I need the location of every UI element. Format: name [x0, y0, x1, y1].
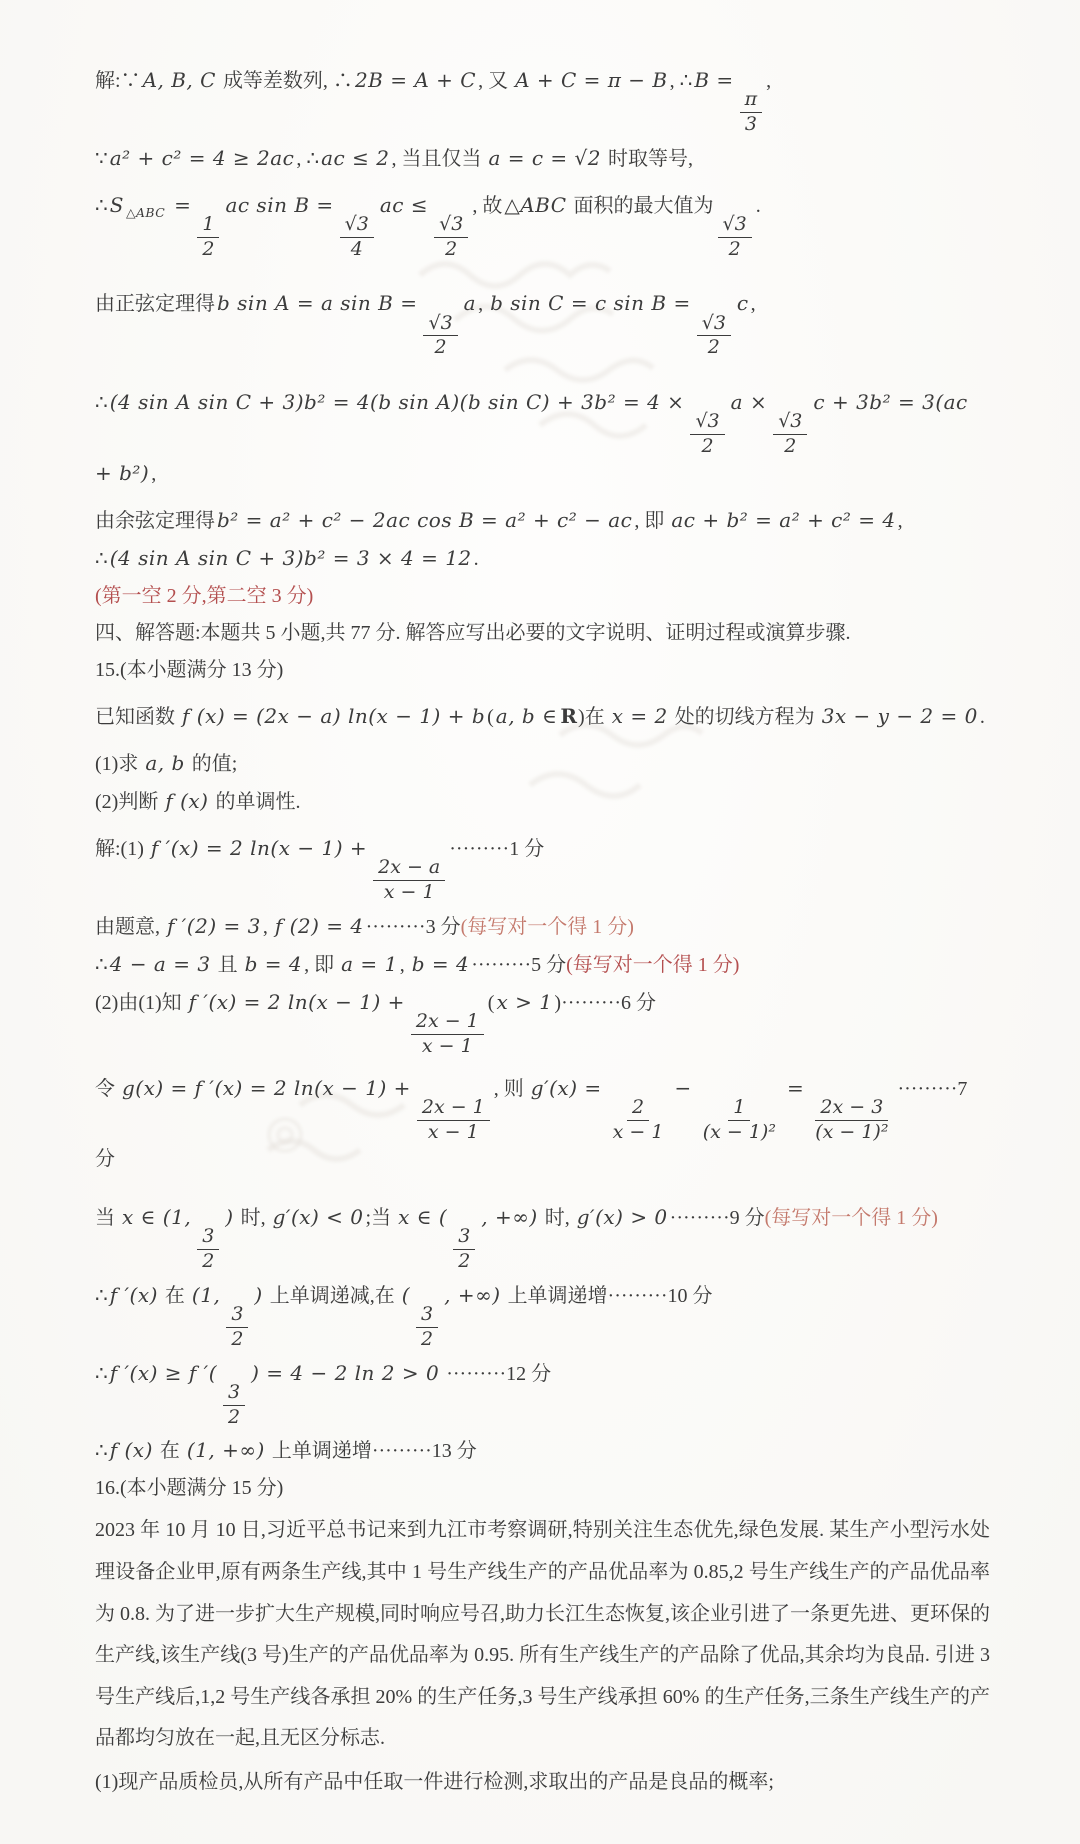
text-run: 由余弦定理得 [95, 510, 215, 532]
text-run: , [478, 293, 488, 315]
fraction-numerator: √3 [340, 214, 374, 238]
fraction-denominator: 2 [724, 238, 746, 261]
fraction-numerator: 3 [453, 1226, 475, 1250]
grading-note: (每写对一个得 1 分) [461, 916, 634, 938]
fraction: √32 [423, 313, 457, 360]
math-expression: a, b [143, 751, 186, 775]
text-run: 当 [95, 1207, 120, 1229]
text-run: )·········6 分 [554, 992, 656, 1014]
math-expression: ac ≤ [378, 193, 430, 217]
fraction: √32 [434, 214, 468, 261]
q16-heading: 16.(本小题满分 15 分) [95, 1473, 990, 1503]
text-run: ∴ [95, 954, 108, 976]
text-run: 15.(本小题满分 13 分) [95, 659, 283, 681]
math-expression: ) [223, 1205, 235, 1229]
fraction-numerator: π [740, 89, 763, 113]
text-run: 上单调递增·········13 分 [267, 1440, 477, 1462]
fraction-denominator: (x − 1)² [698, 1121, 781, 1144]
fraction: 2x − 1 [608, 1097, 669, 1144]
text-run: , 故 [472, 195, 502, 217]
math-expression: b sin A = a sin B = [215, 291, 419, 315]
text-run: 解:(1) [95, 838, 149, 860]
math-expression: a [462, 291, 478, 315]
q16-part-1: (1)现产品质检员,从所有产品中任取一件进行检测,求取出的产品是良品的概率; [95, 1767, 990, 1797]
fraction-denominator: 2 [779, 435, 801, 458]
fraction-numerator: √3 [690, 411, 724, 435]
fraction-denominator: 2 [697, 435, 719, 458]
text-run: ∴ [95, 548, 108, 570]
math-expression: b = 4 [243, 952, 305, 976]
fraction-denominator: 2 [703, 336, 725, 359]
fraction: √32 [718, 214, 752, 261]
q14-solution-step-7: ∴(4 sin A sin C + 3)b² = 3 × 4 = 12. [95, 543, 990, 574]
text-run: ·········12 分 [441, 1363, 551, 1385]
fraction-numerator: √3 [434, 214, 468, 238]
math-expression: g′(x) = [529, 1076, 604, 1100]
text-run: 在 [160, 1285, 190, 1307]
text-run: 四、解答题:本题共 5 小题,共 77 分. 解答应写出必要的文字说明、证明过程… [95, 622, 851, 644]
text-run: ∴ [95, 392, 108, 414]
q15-problem: 已知函数 f (x) = (2x − a) ln(x − 1) + b(a, b… [95, 701, 990, 732]
math-expression: − [672, 1076, 693, 1100]
math-expression: f (x) [108, 1438, 155, 1462]
fraction-denominator: 2 [453, 1250, 475, 1273]
math-expression: f (x) [163, 789, 210, 813]
math-expression: f ′(2) = 3 [165, 914, 263, 938]
math-expression: A + C = π − B [513, 68, 670, 92]
fraction-numerator: 3 [416, 1304, 438, 1328]
q14-solution-step-2: ∵a² + c² = 4 ≥ 2ac, ∴ac ≤ 2, 当且仅当 a = c … [95, 143, 990, 174]
fraction: 2x − 1x − 1 [411, 1011, 484, 1058]
text-run: ∴ [95, 195, 108, 217]
fraction: √32 [690, 411, 724, 458]
text-run: ∴ [95, 1440, 108, 1462]
math-expression: (1, [190, 1283, 222, 1307]
text-run: , [263, 916, 273, 938]
q15-solution-step-8: ∴f ′(x) ≥ f ′(32) = 4 − 2 ln 2 > 0 ·····… [95, 1358, 990, 1429]
fraction-denominator: x − 1 [417, 1035, 478, 1058]
math-expression: △ABC [126, 205, 165, 220]
math-expression: R [559, 704, 578, 728]
q14-solution-step-4: 由正弦定理得b sin A = a sin B =√32a, b sin C =… [95, 288, 990, 359]
math-expression: 3x − y − 2 = 0 [820, 704, 980, 728]
fraction: π3 [740, 89, 763, 136]
fraction: 2x − 3(x − 1)² [810, 1097, 893, 1144]
text-run: , [751, 293, 756, 315]
text-run: 16.(本小题满分 15 分) [95, 1477, 283, 1499]
fraction-denominator: 2 [440, 238, 462, 261]
fraction-denominator: x − 1 [423, 1121, 484, 1144]
fraction-denominator: 2 [197, 238, 219, 261]
text-run: , ∴ [670, 70, 693, 92]
grading-note: (第一空 2 分,第二空 3 分) [95, 585, 313, 607]
q15-solution-step-2: 由题意, f ′(2) = 3, f (2) = 4·········3 分(每… [95, 911, 990, 942]
text-run: (1)现产品质检员,从所有产品中任取一件进行检测,求取出的产品是良品的概率; [95, 1771, 774, 1793]
grading-note: (每写对一个得 1 分) [765, 1207, 938, 1229]
math-expression: (4 sin A sin C + 3)b² = 4(b sin A)(b sin… [108, 390, 687, 414]
math-expression: ac ≤ 2 [319, 146, 391, 170]
math-expression: c [735, 291, 751, 315]
text-run: 上单调递增·········10 分 [503, 1285, 713, 1307]
math-expression: f (2) = 4 [273, 914, 366, 938]
text-run: , 则 [494, 1078, 529, 1100]
fraction-denominator: 2 [416, 1328, 438, 1351]
math-expression: g′(x) < 0 [271, 1205, 366, 1229]
text-run: ∵ [95, 148, 108, 170]
text-run: ∴ [95, 1285, 108, 1307]
fraction-numerator: 3 [197, 1226, 219, 1250]
fraction-denominator: 2 [430, 336, 452, 359]
math-expression: A, B, C [141, 68, 218, 92]
fraction-numerator: √3 [697, 313, 731, 337]
text-run: 由题意, [95, 916, 165, 938]
math-expression: f (x) = (2x − a) ln(x − 1) + b [180, 704, 487, 728]
fraction: 2x − 1x − 1 [417, 1097, 490, 1144]
math-expression: S [108, 193, 126, 217]
q14-solution-step-1: 解:∵A, B, C 成等差数列, ∴2B = A + C, 又 A + C =… [95, 65, 990, 136]
text-run: (1)求 [95, 753, 143, 775]
q14-solution-step-5: ∴(4 sin A sin C + 3)b² = 4(b sin A)(b si… [95, 387, 990, 489]
math-expression: ac sin B = [223, 193, 335, 217]
text-run: (2)判断 [95, 791, 163, 813]
text-run: ( [487, 706, 494, 728]
fraction-numerator: 2 [627, 1097, 649, 1121]
math-expression: f ′(x) ≥ f ′( [108, 1361, 219, 1385]
fraction-denominator: x − 1 [379, 881, 440, 904]
fraction: 1(x − 1)² [698, 1097, 781, 1144]
math-expression: x ∈ ( [396, 1205, 449, 1229]
math-expression: B = [692, 68, 735, 92]
q15-solution-step-7: ∴f ′(x) 在 (1,32) 上单调递减,在 (32, +∞) 上单调递增·… [95, 1280, 990, 1351]
text-run: 2023 年 10 月 10 日,习近平总书记来到九江市考察调研,特别关注生态优… [95, 1519, 990, 1749]
text-run: ·········9 分 [670, 1207, 765, 1229]
math-expression: b sin C = c sin B = [488, 291, 693, 315]
text-run: 的值; [187, 753, 238, 775]
fraction-numerator: 2x − 3 [815, 1097, 888, 1121]
q15-solution-step-5: 令 g(x) = f ′(x) = 2 ln(x − 1) +2x − 1x −… [95, 1073, 990, 1174]
math-expression: b² = a² + c² − 2ac cos B = a² + c² − ac [215, 508, 634, 532]
text-run: 成等差数列, ∴ [218, 70, 353, 92]
text-run: ·········3 分 [366, 916, 461, 938]
text-run: 的单调性. [210, 791, 300, 813]
text-run: , [151, 463, 156, 485]
fraction-denominator: 4 [346, 238, 368, 261]
fraction-denominator: 3 [740, 113, 762, 136]
text-run: , 即 [634, 510, 669, 532]
text-run: . [756, 195, 761, 217]
math-expression: ( [400, 1283, 412, 1307]
fraction-numerator: 1 [197, 214, 219, 238]
q15-solution-step-6: 当 x ∈ (1,32) 时, g′(x) < 0;当 x ∈ (32, +∞)… [95, 1202, 990, 1273]
text-run: , [400, 954, 410, 976]
exam-answer-page: 解:∵A, B, C 成等差数列, ∴2B = A + C, 又 A + C =… [0, 0, 1080, 1844]
math-expression: a × [729, 390, 770, 414]
q15-solution-step-3: ∴4 − a = 3 且 b = 4, 即 a = 1, b = 4······… [95, 949, 990, 980]
text-run: 面积的最大值为 [569, 195, 714, 217]
math-expression: a = 1 [339, 952, 400, 976]
text-run: ·········5 分 [471, 954, 566, 976]
document-body: 解:∵A, B, C 成等差数列, ∴2B = A + C, 又 A + C =… [0, 0, 1080, 1844]
math-expression: = [165, 193, 193, 217]
math-expression: f ′(x) = 2 ln(x − 1) + [149, 836, 369, 860]
fraction: 32 [197, 1226, 219, 1273]
q14-solution-step-6: 由余弦定理得b² = a² + c² − 2ac cos B = a² + c²… [95, 505, 990, 536]
fraction: 32 [416, 1304, 438, 1351]
fraction: 32 [226, 1304, 248, 1351]
fraction-denominator: (x − 1)² [810, 1121, 893, 1144]
math-expression: g(x) = f ′(x) = 2 ln(x − 1) + [120, 1076, 413, 1100]
math-expression: ) [252, 1283, 264, 1307]
math-expression: f ′(x) = 2 ln(x − 1) + [187, 990, 407, 1014]
math-expression: △ABC [502, 193, 568, 217]
text-run: 时取等号, [603, 148, 693, 170]
math-expression: a, b ∈ [494, 704, 560, 728]
fraction-numerator: 2x − a [373, 857, 445, 881]
q15-solution-step-1: 解:(1) f ′(x) = 2 ln(x − 1) +2x − ax − 1·… [95, 833, 990, 904]
math-expression: g′(x) > 0 [575, 1205, 670, 1229]
q16-problem: 2023 年 10 月 10 日,习近平总书记来到九江市考察调研,特别关注生态优… [95, 1510, 990, 1760]
text-run: , 即 [304, 954, 339, 976]
math-expression: b = 4 [410, 952, 472, 976]
math-expression: 2B = A + C [353, 68, 478, 92]
grading-note: (每写对一个得 1 分) [566, 954, 739, 976]
math-expression: x > 1 [494, 990, 554, 1014]
q15-heading: 15.(本小题满分 13 分) [95, 655, 990, 685]
text-run: 解:∵ [95, 70, 141, 92]
math-expression: , +∞) [479, 1205, 539, 1229]
text-run: , [766, 70, 771, 92]
math-expression: ac + b² = a² + c² = 4 [669, 508, 897, 532]
math-expression: = [785, 1076, 806, 1100]
text-run: . [980, 706, 985, 728]
fraction-numerator: √3 [718, 214, 752, 238]
text-run: ∴ [95, 1363, 108, 1385]
text-run: , 又 [478, 70, 513, 92]
fraction: √34 [340, 214, 374, 261]
math-expression: a = c = √2 [486, 146, 603, 170]
fraction-numerator: 1 [728, 1097, 750, 1121]
fraction: √32 [697, 313, 731, 360]
fraction-numerator: 3 [223, 1382, 245, 1406]
text-run: 且 [213, 954, 243, 976]
math-expression: ) = 4 − 2 ln 2 > 0 [249, 1361, 441, 1385]
fraction: 32 [223, 1382, 245, 1429]
fraction-numerator: 2x − 1 [417, 1097, 490, 1121]
text-run: , ∴ [296, 148, 319, 170]
fraction: 2x − ax − 1 [373, 857, 445, 904]
q15-solution-step-9: ∴f (x) 在 (1, +∞) 上单调递增·········13 分 [95, 1435, 990, 1466]
math-expression: x ∈ (1, [120, 1205, 193, 1229]
q14-solution-step-3: ∴S△ABC =12ac sin B =√34ac ≤√32, 故△ABC 面积… [95, 190, 990, 261]
text-run: , 当且仅当 [391, 148, 486, 170]
text-run: ·········1 分 [449, 838, 544, 860]
fraction-numerator: 3 [226, 1304, 248, 1328]
math-expression: 4 − a = 3 [108, 952, 213, 976]
fraction: 32 [453, 1226, 475, 1273]
section-4-heading: 四、解答题:本题共 5 小题,共 77 分. 解答应写出必要的文字说明、证明过程… [95, 618, 990, 648]
text-run: , [898, 510, 903, 532]
text-run: 上单调递减,在 [265, 1285, 400, 1307]
fraction-numerator: √3 [423, 313, 457, 337]
text-run: (2)由(1)知 [95, 992, 187, 1014]
math-expression: (4 sin A sin C + 3)b² = 3 × 4 = 12 [108, 546, 474, 570]
fraction-numerator: √3 [773, 411, 807, 435]
fraction-denominator: 2 [197, 1250, 219, 1273]
math-expression: (1, +∞) [185, 1438, 267, 1462]
text-run: 时, [236, 1207, 271, 1229]
text-run: ;当 [366, 1207, 397, 1229]
text-run: 已知函数 [95, 706, 180, 728]
math-expression: a² + c² = 4 ≥ 2ac [108, 146, 297, 170]
q15-solution-step-4: (2)由(1)知 f ′(x) = 2 ln(x − 1) +2x − 1x −… [95, 987, 990, 1058]
text-run: 令 [95, 1078, 120, 1100]
fraction-denominator: 2 [226, 1328, 248, 1351]
text-run: 在 [155, 1440, 185, 1462]
text-run: . [474, 548, 479, 570]
q15-part-1: (1)求 a, b 的值; [95, 748, 990, 779]
q15-part-2: (2)判断 f (x) 的单调性. [95, 786, 990, 817]
text-run: )在 [578, 706, 610, 728]
text-run: 时, [540, 1207, 575, 1229]
math-expression: x = 2 [610, 704, 670, 728]
math-expression: , +∞) [442, 1283, 502, 1307]
fraction-denominator: x − 1 [608, 1121, 669, 1144]
text-run: 由正弦定理得 [95, 293, 215, 315]
fraction: √32 [773, 411, 807, 458]
q14-score-note: (第一空 2 分,第二空 3 分) [95, 581, 990, 611]
fraction-denominator: 2 [223, 1406, 245, 1429]
math-expression: f ′(x) [108, 1283, 160, 1307]
fraction-numerator: 2x − 1 [411, 1011, 484, 1035]
fraction: 12 [197, 214, 219, 261]
text-run: 处的切线方程为 [670, 706, 820, 728]
